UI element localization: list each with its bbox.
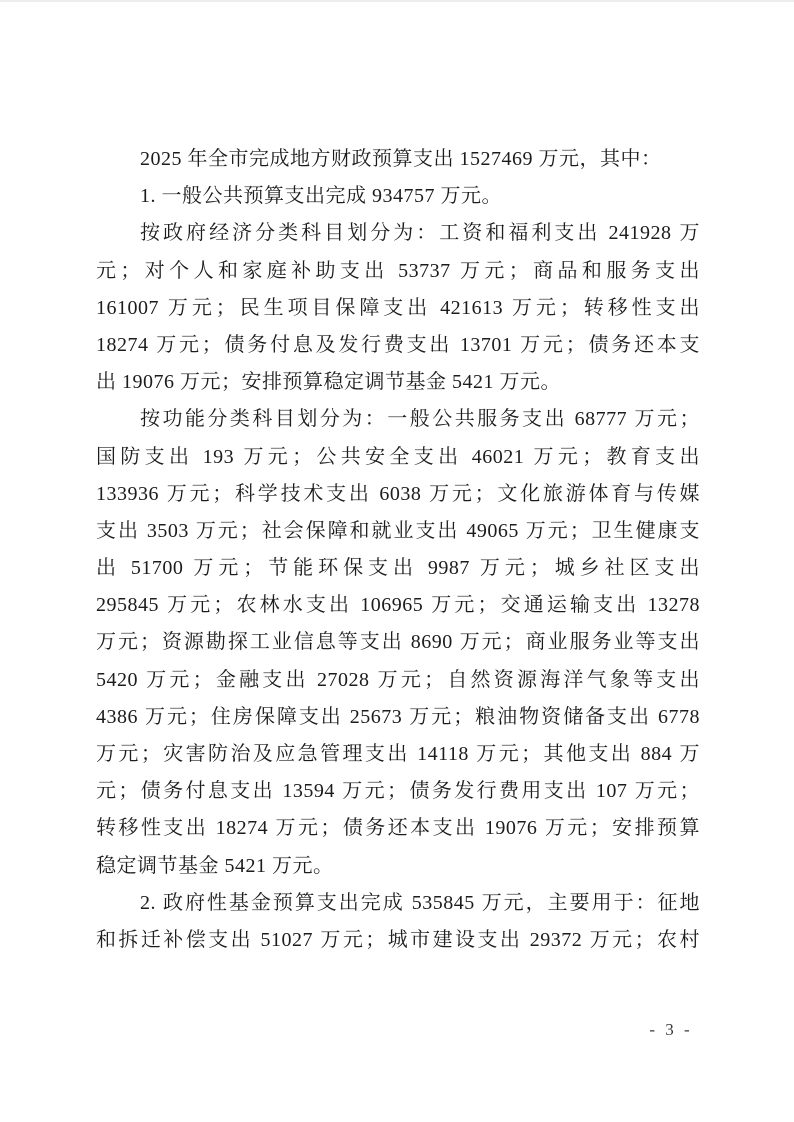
text-line: 万元；灾害防治及应急管理支出 14118 万元；其他支出 884 万 xyxy=(96,736,700,773)
text-line: 支出 3503 万元；社会保障和就业支出 49065 万元；卫生健康支 xyxy=(96,513,700,550)
page-number: - 3 - xyxy=(640,1018,700,1042)
text-line: 转移性支出 18274 万元；债务还本支出 19076 万元；安排预算 xyxy=(96,810,700,847)
text-line: 133936 万元；科学技术支出 6038 万元；文化旅游体育与传媒 xyxy=(96,476,700,513)
text-line: 2025 年全市完成地方财政预算支出 1527469 万元，其中： xyxy=(96,141,700,178)
paragraph: 按政府经济分类科目划分为：工资和福利支出 241928 万元；对个人和家庭补助支… xyxy=(96,215,700,401)
document-page: 2025 年全市完成地方财政预算支出 1527469 万元，其中：1. 一般公共… xyxy=(0,0,794,1122)
text-line: 按功能分类科目划分为：一般公共服务支出 68777 万元； xyxy=(96,401,700,438)
text-line: 1. 一般公共预算支出完成 934757 万元。 xyxy=(96,178,700,215)
paragraph: 2025 年全市完成地方财政预算支出 1527469 万元，其中： xyxy=(96,141,700,178)
text-line: 18274 万元；债务付息及发行费支出 13701 万元；债务还本支 xyxy=(96,327,700,364)
text-line: 万元；资源勘探工业信息等支出 8690 万元；商业服务业等支出 xyxy=(96,624,700,661)
text-line: 元；债务付息支出 13594 万元；债务发行费用支出 107 万元； xyxy=(96,773,700,810)
text-line: 2. 政府性基金预算支出完成 535845 万元，主要用于：征地 xyxy=(96,885,700,922)
text-line: 按政府经济分类科目划分为：工资和福利支出 241928 万 xyxy=(96,215,700,252)
paragraph: 按功能分类科目划分为：一般公共服务支出 68777 万元；国防支出 193 万元… xyxy=(96,401,700,884)
text-line: 和拆迁补偿支出 51027 万元；城市建设支出 29372 万元；农村 xyxy=(96,922,700,959)
text-line: 4386 万元；住房保障支出 25673 万元；粮油物资储备支出 6778 xyxy=(96,699,700,736)
paragraph: 1. 一般公共预算支出完成 934757 万元。 xyxy=(96,178,700,215)
text-line: 295845 万元；农林水支出 106965 万元；交通运输支出 13278 xyxy=(96,587,700,624)
text-line: 国防支出 193 万元；公共安全支出 46021 万元；教育支出 xyxy=(96,439,700,476)
scan-edge-artifact xyxy=(0,0,794,2)
text-line: 稳定调节基金 5421 万元。 xyxy=(96,848,700,885)
text-line: 161007 万元；民生项目保障支出 421613 万元；转移性支出 xyxy=(96,290,700,327)
paragraph: 2. 政府性基金预算支出完成 535845 万元，主要用于：征地和拆迁补偿支出 … xyxy=(96,885,700,959)
text-line: 5420 万元；金融支出 27028 万元；自然资源海洋气象等支出 xyxy=(96,662,700,699)
text-line: 元；对个人和家庭补助支出 53737 万元；商品和服务支出 xyxy=(96,253,700,290)
text-line: 出 19076 万元；安排预算稳定调节基金 5421 万元。 xyxy=(96,364,700,401)
document-body: 2025 年全市完成地方财政预算支出 1527469 万元，其中：1. 一般公共… xyxy=(96,141,700,959)
text-line: 出 51700 万元；节能环保支出 9987 万元；城乡社区支出 xyxy=(96,550,700,587)
